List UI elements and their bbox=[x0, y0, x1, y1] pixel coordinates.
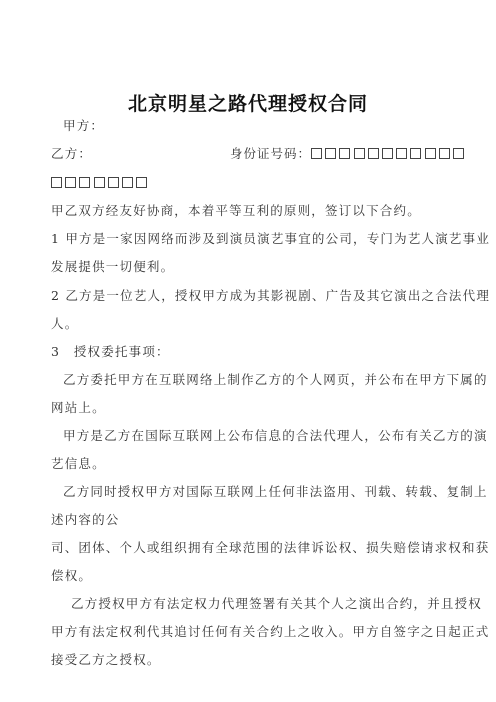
id-digit-box bbox=[136, 177, 147, 188]
clause-3-para-4-line-3: 接受乙方之授权。 bbox=[51, 652, 451, 668]
id-digit-box bbox=[453, 148, 464, 159]
id-number-continuation bbox=[51, 175, 451, 191]
clause-3-heading: 3 授权委托事项： bbox=[51, 344, 451, 360]
clause-3-para-3-line-3: 司、团体、个人或组织拥有全球范围的法律诉讼权、损失赔偿请求权和获 bbox=[51, 540, 451, 556]
party-a-label: 甲方： bbox=[63, 118, 463, 134]
clause-3-para-2-line-2: 艺信息。 bbox=[51, 456, 451, 472]
id-digit-box bbox=[425, 148, 436, 159]
clause-3-para-2-line-1: 甲方是乙方在国际互联网上公布信息的合法代理人，公布有关乙方的演 bbox=[63, 428, 451, 444]
id-digit-box bbox=[325, 148, 336, 159]
clause-2-line-1: 2 乙方是一位艺人，授权甲方成为其影视剧、广告及其它演出之合法代理 bbox=[51, 288, 451, 304]
id-digit-box bbox=[51, 177, 62, 188]
id-number-boxes-row1 bbox=[311, 146, 467, 162]
id-digit-box bbox=[108, 177, 119, 188]
clause-2-line-2: 人。 bbox=[51, 316, 451, 332]
clause-3-para-4-line-1: 乙方授权甲方有法定权力代理签署有关其个人之演出合约，并且授权 bbox=[71, 596, 451, 612]
clause-3-para-3-line-1: 乙方同时授权甲方对国际互联网上任何非法盗用、刊载、转载、复制上 bbox=[63, 484, 451, 500]
clause-3-para-1-line-1: 乙方委托甲方在互联网络上制作乙方的个人网页，并公布在甲方下属的 bbox=[63, 372, 451, 388]
id-number-field: 身份证号码： bbox=[230, 146, 467, 162]
id-digit-box bbox=[122, 177, 133, 188]
clause-3-para-3-line-4: 偿权。 bbox=[51, 568, 451, 584]
id-digit-box bbox=[339, 148, 350, 159]
preamble-line: 甲乙双方经友好协商，本着平等互利的原则，签订以下合约。 bbox=[51, 203, 451, 219]
clause-1-line-1: 1 甲方是一家因网络而涉及到演员演艺事宜的公司，专门为艺人演艺事业 bbox=[51, 231, 451, 247]
document-title: 北京明星之路代理授权合同 bbox=[0, 89, 496, 116]
document-page: 北京明星之路代理授权合同 甲方： 乙方： 身份证号码： 甲乙双方经友好协商，本着… bbox=[0, 0, 496, 702]
id-digit-box bbox=[79, 177, 90, 188]
id-digit-box bbox=[368, 148, 379, 159]
clause-3-para-4-line-2: 甲方有法定权利代其追讨任何有关合约上之收入。甲方自签字之日起正式 bbox=[51, 624, 451, 640]
id-digit-box bbox=[354, 148, 365, 159]
id-digit-box bbox=[382, 148, 393, 159]
id-digit-box bbox=[396, 148, 407, 159]
clause-1-line-2: 发展提供一切便利。 bbox=[51, 259, 451, 275]
id-number-boxes-row2 bbox=[51, 175, 150, 191]
id-digit-box bbox=[311, 148, 322, 159]
id-digit-box bbox=[65, 177, 76, 188]
id-digit-box bbox=[94, 177, 105, 188]
id-number-label: 身份证号码： bbox=[230, 146, 311, 161]
clause-3-para-3-line-2: 述内容的公 bbox=[51, 512, 451, 528]
id-digit-box bbox=[410, 148, 421, 159]
id-digit-box bbox=[439, 148, 450, 159]
clause-3-para-1-line-2: 网站上。 bbox=[51, 400, 451, 416]
